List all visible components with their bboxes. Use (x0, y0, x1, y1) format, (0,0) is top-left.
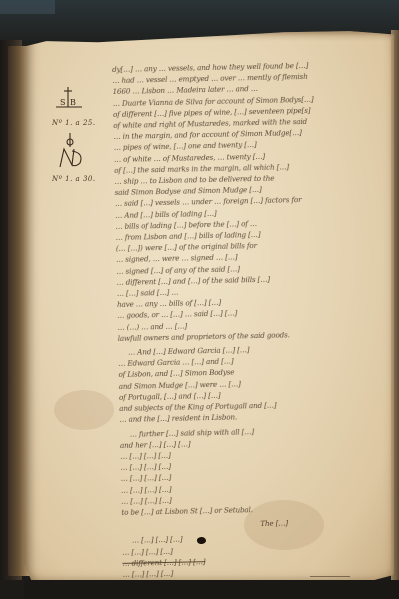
bottom-shadow (24, 580, 399, 599)
merchant-mark-icon: S B (50, 85, 90, 115)
paper-stain (54, 390, 114, 430)
manuscript-text: dy[…] … any … vessels, and how they well… (112, 58, 388, 599)
margin-annotations: S B Nº 1. a 25. Nº 1. a 30. (50, 85, 120, 177)
paragraph-3: … further […] said ship with all […] and… (120, 423, 387, 518)
svg-text:B: B (70, 98, 76, 107)
mark-caption: Nº 1. a 30. (52, 175, 120, 183)
background-corner (0, 0, 55, 14)
merchant-mark-sb: S B Nº 1. a 25. (50, 85, 120, 125)
paragraph-2: … And […] Edward Garcia […] […] … Edward… (118, 341, 385, 425)
merchant-mark-icon (50, 131, 90, 171)
merchant-mark-md: Nº 1. a 30. (50, 131, 120, 183)
paragraph-1: dy[…] … any … vessels, and how they well… (112, 58, 383, 344)
mark-caption: Nº 1. a 25. (52, 119, 120, 127)
svg-text:S: S (60, 98, 65, 107)
page-right-edge (391, 30, 399, 590)
footer-rule (310, 576, 350, 577)
